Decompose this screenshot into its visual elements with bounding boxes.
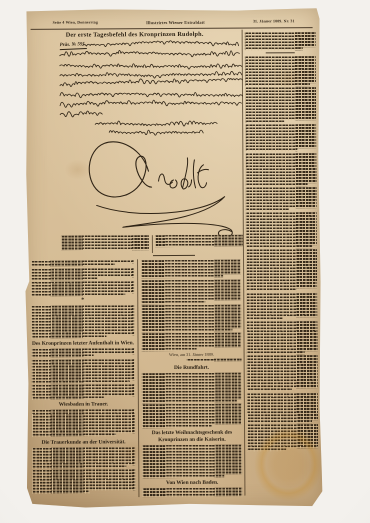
handwriting-facsimile xyxy=(57,39,244,138)
body-paragraph xyxy=(245,56,316,86)
body-paragraph xyxy=(32,410,135,438)
body-paragraph xyxy=(141,304,241,332)
body-paragraph xyxy=(247,424,318,451)
header-page-info: Seite 4 Wien, Donnerstag xyxy=(53,20,98,25)
section-headline: Des Kronprinzen letzter Aufenthalt in Wi… xyxy=(32,341,135,348)
footnote-text xyxy=(61,235,149,251)
column-divider-left xyxy=(137,259,139,497)
body-paragraph xyxy=(245,87,316,123)
body-columns: *Des Kronprinzen letzter Aufenthalt in W… xyxy=(31,259,242,498)
date-line: Wien, am 31. Jänner 1889. xyxy=(141,352,241,358)
body-paragraph xyxy=(245,32,316,50)
body-paragraph xyxy=(246,212,317,248)
body-paragraph xyxy=(142,488,242,497)
footnote-left xyxy=(61,235,149,254)
body-paragraph xyxy=(141,279,241,304)
rudolf-signature xyxy=(82,135,241,238)
footnote-text xyxy=(155,235,243,248)
section-headline: Wiesbaden in Trauer. xyxy=(32,402,135,409)
body-paragraph xyxy=(32,349,135,359)
body-paragraph xyxy=(141,333,241,352)
article-headline: Der erste Tagesbefehl des Kronprinzen Ru… xyxy=(30,31,240,39)
mini-rule xyxy=(266,53,294,54)
body-paragraph xyxy=(247,393,318,423)
body-paragraph xyxy=(32,384,135,400)
body-paragraph xyxy=(245,124,316,151)
footnote-end-rule xyxy=(153,255,195,256)
scan-background: Seite 4 Wien, Donnerstag Illustrirtes Wi… xyxy=(0,0,370,523)
body-paragraph xyxy=(246,321,317,354)
body-paragraph xyxy=(31,305,134,339)
body-paragraph xyxy=(246,250,317,292)
body-paragraph xyxy=(141,260,241,279)
section-headline: Die Trauerkunde an der Universität. xyxy=(32,439,135,446)
section-headline: Die Rundfahrt. xyxy=(141,364,241,371)
body-paragraph xyxy=(246,187,317,211)
body-paragraph xyxy=(32,447,135,469)
body-paragraph xyxy=(245,153,316,186)
column-middle: Wien, am 31. Jänner 1889.Die Rundfahrt.D… xyxy=(141,259,243,498)
column-right xyxy=(245,31,319,495)
signature-line xyxy=(141,359,241,363)
body-paragraph xyxy=(31,268,134,281)
body-paragraph xyxy=(142,403,242,428)
body-paragraph xyxy=(32,469,135,494)
body-paragraph xyxy=(31,281,134,297)
body-paragraph xyxy=(31,261,134,268)
column-left: *Des Kronprinzen letzter Aufenthalt in W… xyxy=(31,259,135,498)
body-paragraph xyxy=(141,372,241,403)
star-divider: * xyxy=(31,298,134,305)
facsimile-footnote xyxy=(61,235,243,254)
body-paragraph xyxy=(246,293,317,320)
body-paragraph xyxy=(247,355,318,391)
body-paragraph xyxy=(32,359,135,384)
newspaper-page: Seite 4 Wien, Donnerstag Illustrirtes Wi… xyxy=(23,8,322,508)
footnote-right xyxy=(155,235,243,254)
header-rule xyxy=(31,27,313,30)
section-headline: Das letzte Weihnachtsgeschenk des Kronpr… xyxy=(142,430,242,444)
header-date-issue: 31. Jänner 1889. Nr. 31 xyxy=(253,19,295,24)
section-headline: Von Wien nach Baden. xyxy=(142,480,242,487)
page-header: Seite 4 Wien, Donnerstag Illustrirtes Wi… xyxy=(53,19,295,25)
footnote-divider xyxy=(152,235,153,253)
body-paragraph xyxy=(142,444,243,478)
newspaper-title: Illustrirtes Wiener Extrablatt xyxy=(146,20,205,25)
